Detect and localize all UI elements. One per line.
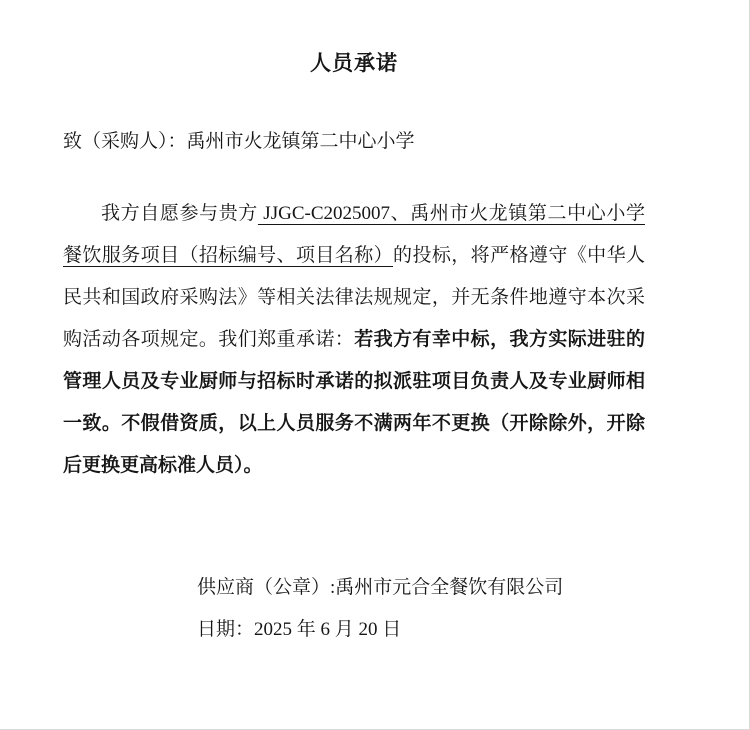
supplier-line: 供应商（公章）:禹州市元合全餐饮有限公司 [197, 567, 645, 609]
paragraph-lead: 我方自愿参与贵方 [101, 203, 258, 224]
date-line: 日期：2025 年 6 月 20 日 [197, 609, 645, 651]
document-content: 人员承诺 致（采购人）：禹州市火龙镇第二中心小学 我方自愿参与贵方 JJGC-C… [63, 0, 645, 651]
commitment-paragraph: 我方自愿参与贵方 JJGC-C2025007、禹州市火龙镇第二中心小学餐饮服务项… [63, 193, 645, 487]
commitment-bold-text: 若我方有幸中标，我方实际进驻的管理人员及专业厨师与招标时承诺的拟派驻项目负责人及… [63, 329, 645, 476]
document-page: 人员承诺 致（采购人）：禹州市火龙镇第二中心小学 我方自愿参与贵方 JJGC-C… [0, 0, 750, 730]
document-title: 人员承诺 [63, 52, 645, 74]
salutation-line: 致（采购人）：禹州市火龙镇第二中心小学 [63, 131, 645, 153]
signature-block: 供应商（公章）:禹州市元合全餐饮有限公司 日期：2025 年 6 月 20 日 [197, 567, 645, 651]
